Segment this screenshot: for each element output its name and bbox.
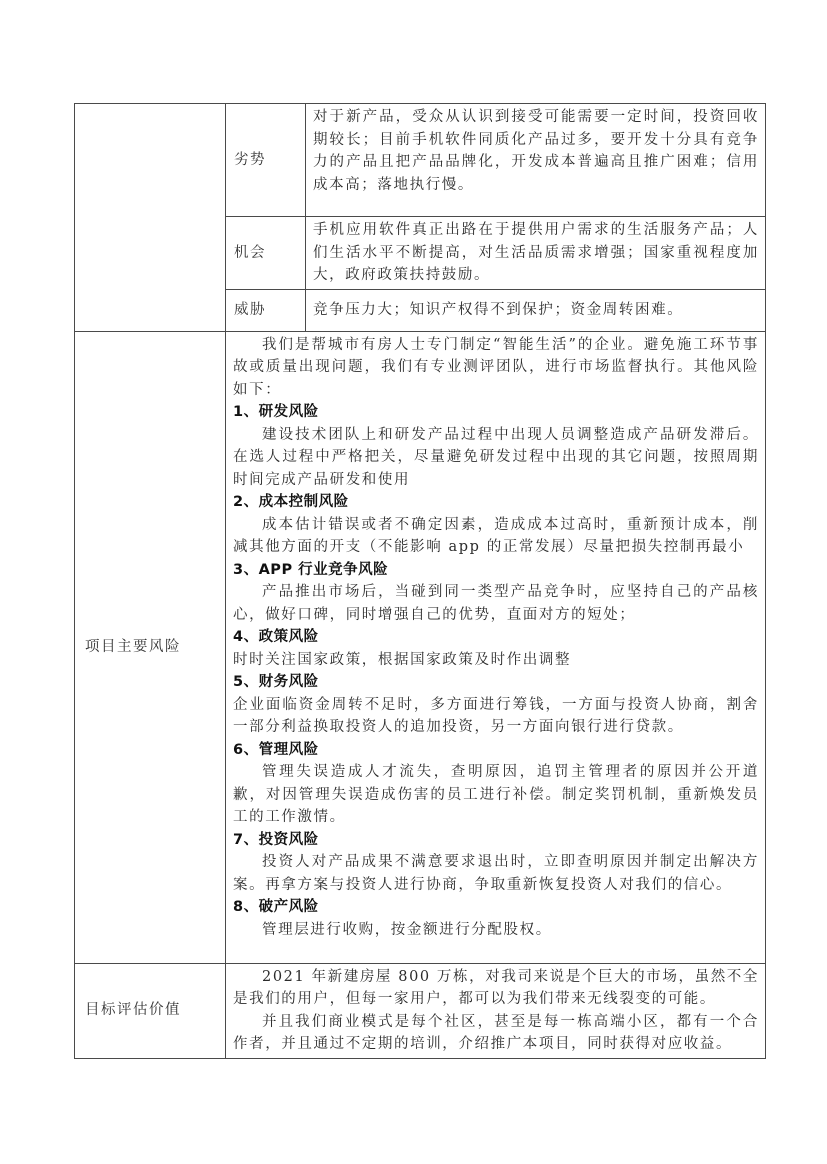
risk-text: 建设技术团队上和研发产品过程中出现人员调整造成产品研发滞后。在选人过程中严格把关… (233, 424, 759, 492)
threat-text: 竞争压力大；知识产权得不到保护；资金周转困难。 (306, 289, 766, 331)
risk-text: 产品推出市场后，当碰到同一类型产品竞争时，应坚持自己的产品核心，做好口碑，同时增… (233, 581, 759, 626)
swot-row-weakness: 劣势 对于新产品，受众从认识到接受可能需要一定时间，投资回收期较长；目前手机软件… (75, 104, 766, 217)
target-content: 2021 年新建房屋 800 万栋，对我司来说是个巨大的市场，虽然不全是我们的用… (226, 963, 766, 1058)
risk-text: 管理层进行收购，按金额进行分配股权。 (233, 919, 759, 942)
risk-text: 投资人对产品成果不满意要求退出时，立即查明原因并制定出解决方案。再拿方案与投资人… (233, 851, 759, 896)
risk-item-5: 5、财务风险 企业面临资金周转不足时，多方面进行筹钱，一方面与投资人协商，割舍一… (233, 671, 759, 739)
project-plan-table: 劣势 对于新产品，受众从认识到接受可能需要一定时间，投资回收期较长；目前手机软件… (74, 103, 766, 1059)
risk-title: 4、政策风险 (233, 626, 759, 649)
risk-item-6: 6、管理风险 管理失误造成人才流失，查明原因，追罚主管理者的原因并公开道歉，对因… (233, 739, 759, 829)
risk-title: 3、APP 行业竞争风险 (233, 559, 759, 582)
weakness-label: 劣势 (226, 104, 306, 217)
risk-item-3: 3、APP 行业竞争风险 产品推出市场后，当碰到同一类型产品竞争时，应坚持自己的… (233, 559, 759, 627)
risk-title: 1、研发风险 (233, 401, 759, 424)
threat-label: 威胁 (226, 289, 306, 331)
risk-text: 管理失误造成人才流失，查明原因，追罚主管理者的原因并公开道歉，对因管理失误造成伤… (233, 761, 759, 829)
opportunity-text: 手机应用软件真正出路在于提供用户需求的生活服务产品；人们生活水平不断提高，对生活… (306, 217, 766, 290)
risk-item-8: 8、破产风险 管理层进行收购，按金额进行分配股权。 (233, 896, 759, 941)
risk-title: 5、财务风险 (233, 671, 759, 694)
risk-item-7: 7、投资风险 投资人对产品成果不满意要求退出时，立即查明原因并制定出解决方案。再… (233, 829, 759, 897)
opportunity-label: 机会 (226, 217, 306, 290)
risk-item-4: 4、政策风险 时时关注国家政策，根据国家政策及时作出调整 (233, 626, 759, 671)
target-row: 目标评估价值 2021 年新建房屋 800 万栋，对我司来说是个巨大的市场，虽然… (75, 963, 766, 1058)
risk-item-2: 2、成本控制风险 成本估计错误或者不确定因素，造成成本过高时，重新预计成本，削减… (233, 491, 759, 559)
risks-intro: 我们是帮城市有房人士专门制定“智能生活”的企业。避免施工环节事故或质量出现问题，… (233, 334, 759, 402)
risks-content: 我们是帮城市有房人士专门制定“智能生活”的企业。避免施工环节事故或质量出现问题，… (226, 331, 766, 963)
risks-label: 项目主要风险 (75, 331, 226, 963)
risk-title: 6、管理风险 (233, 739, 759, 762)
weakness-text: 对于新产品，受众从认识到接受可能需要一定时间，投资回收期较长；目前手机软件同质化… (306, 104, 766, 217)
target-label: 目标评估价值 (75, 963, 226, 1058)
risk-title: 2、成本控制风险 (233, 491, 759, 514)
target-paragraph-2: 并且我们商业模式是每个社区，甚至是每一栋高端小区，都有一个合作者，并且通过不定期… (233, 1011, 759, 1056)
risk-title: 7、投资风险 (233, 829, 759, 852)
risk-text: 成本估计错误或者不确定因素，造成成本过高时，重新预计成本，削减其他方面的开支（不… (233, 514, 759, 559)
swot-empty-label-cell (75, 104, 226, 332)
risk-text: 企业面临资金周转不足时，多方面进行筹钱，一方面与投资人协商，割舍一部分利益换取投… (233, 694, 759, 739)
risk-text: 时时关注国家政策，根据国家政策及时作出调整 (233, 649, 759, 672)
risk-item-1: 1、研发风险 建设技术团队上和研发产品过程中出现人员调整造成产品研发滞后。在选人… (233, 401, 759, 491)
risks-row: 项目主要风险 我们是帮城市有房人士专门制定“智能生活”的企业。避免施工环节事故或… (75, 331, 766, 963)
target-paragraph-1: 2021 年新建房屋 800 万栋，对我司来说是个巨大的市场，虽然不全是我们的用… (233, 966, 759, 1011)
risk-title: 8、破产风险 (233, 896, 759, 919)
